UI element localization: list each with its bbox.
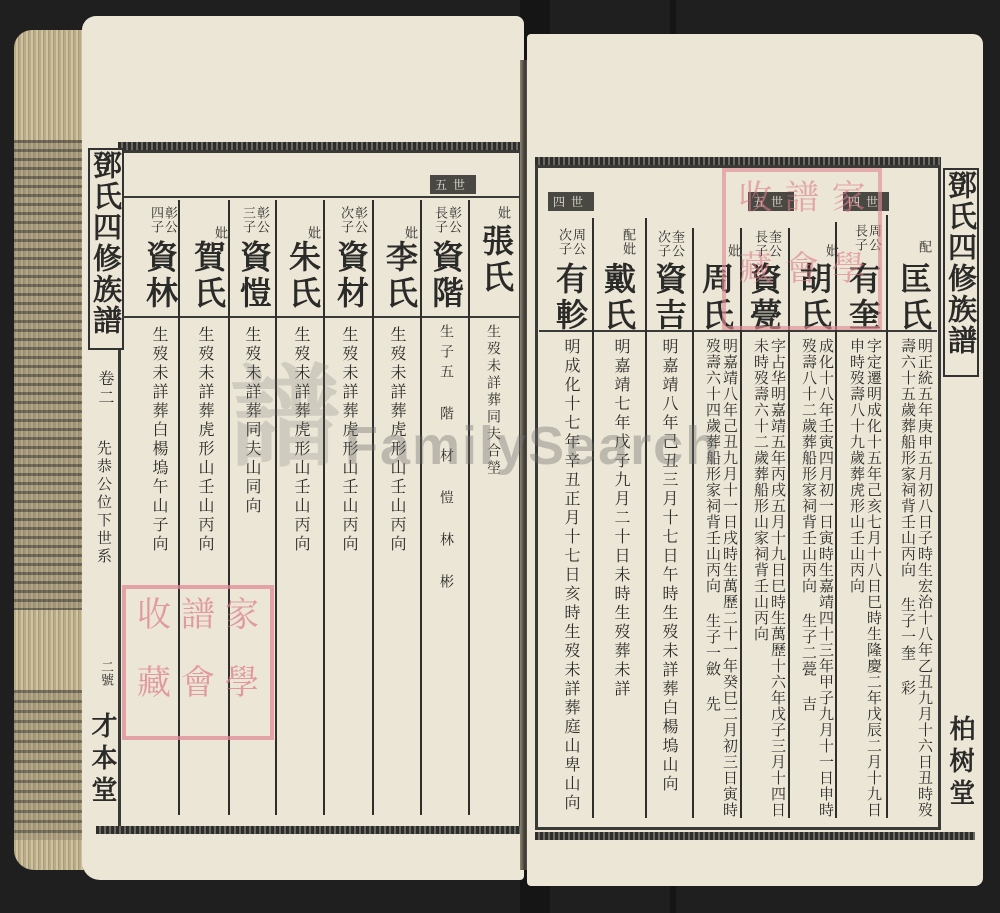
generation-tag: 五世 [430,175,476,194]
column-divider [420,200,422,815]
person-record: 字定遷明成化十五年己亥七月十八日巳時生隆慶二年戊辰二月十九日申時歿壽八十九歲葬虎… [842,338,882,823]
person-record: 明成化十七年辛丑正月十七日亥時生歿未詳葬庭山卑山向 [562,338,580,813]
seal-char: 收 [732,178,779,249]
person-record: 生歿未詳葬虎形山壬山丙向 [196,326,214,554]
collection-seal-stamp: 收 譜 家 藏 會 學 [722,168,882,330]
column-divider [372,200,374,815]
column-divider [692,228,694,818]
hall-name: 才本堂 [88,712,116,808]
person-record: 明嘉靖八年己丑九月十一日戌時生萬歷二十一年癸巳二月初三日寅時歿壽六十四歲葬船形家… [698,338,738,823]
names-divider [122,316,520,318]
right-spine-title: 鄧氏四修族譜 [943,168,979,377]
person-name: 匡氏 [896,262,932,334]
column-divider [645,218,647,818]
person-name: 有軫 [552,262,588,334]
left-spine-title: 鄧氏四修族譜 [88,148,124,350]
seal-char: 家 [825,178,872,249]
person-record: 字占华明嘉靖五年丙戌五月十九日巳時生萬歷十六年戊子三月十四日未時歿壽六十二歲葬船… [746,338,786,823]
person-name: 資階 [428,240,464,312]
person-name: 李氏 [382,240,418,312]
person-name: 賀氏 [190,240,226,312]
section-label: 先恭公位下世系 [94,440,115,566]
watermark-text: FamilySearch [345,415,720,477]
person-record: 生歿未詳葬白楊塢午山子向 [150,326,168,554]
header-divider [122,196,520,198]
volume-label: 卷二 [94,370,117,408]
person-name: 資吉 [651,262,687,334]
person-name: 資材 [333,240,369,312]
watermark-logo-icon: 譜 [230,330,342,488]
seal-char: 收 [132,595,176,663]
column-divider [468,200,470,815]
seal-char: 學 [825,249,872,320]
seal-char: 家 [220,595,264,663]
person-record: 明正統五年庚申五月初八日子時生宏治十八年乙丑九月十六日丑時歿壽六十五歲葬船形家祠… [893,338,933,823]
left-top-band [118,142,522,150]
seal-char: 藏 [732,249,779,320]
person-record: 成化十八年壬寅四月初一日寅時生嘉靖四十三年甲子九月十一日申時歿壽八十二歲葬船形家… [794,338,834,823]
column-divider [323,200,325,815]
person-name: 朱氏 [285,240,321,312]
column-divider [886,215,888,818]
right-top-band [535,157,941,165]
generation-tag: 四世 [548,192,594,211]
column-divider [275,200,277,815]
person-record: 明嘉靖七年戊子九月二十日未時生歿葬未詳 [612,338,630,699]
seal-char: 學 [220,663,264,731]
left-bottom-band [96,826,520,834]
seal-char: 譜 [779,178,826,249]
collection-seal-stamp: 收 譜 家 藏 會 學 [122,585,274,740]
seal-char: 譜 [176,595,220,663]
person-name: 戴氏 [600,262,636,334]
right-hall-name: 柏树堂 [946,715,974,815]
seal-char: 藏 [132,663,176,731]
seal-char: 會 [779,249,826,320]
page-number: 二號 [96,660,115,686]
person-name: 資愷 [236,240,272,312]
right-bottom-band [535,832,975,840]
column-divider [592,218,594,818]
person-name: 張氏 [478,224,514,296]
person-name: 資林 [142,240,178,312]
person-record: 明嘉靖八年己丑三月十七日午時生歿未詳葬白楊塢山向 [660,338,678,794]
seal-char: 會 [176,663,220,731]
